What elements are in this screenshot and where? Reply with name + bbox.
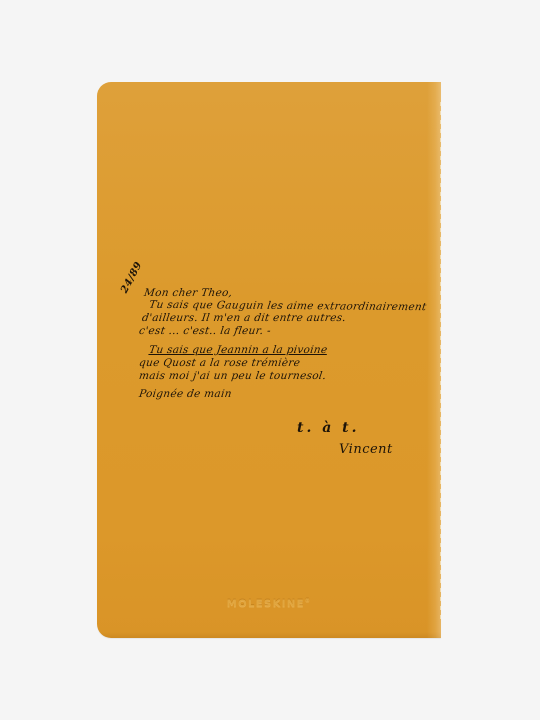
product-stage: 24/89 Mon cher Theo, Tu sais que Gauguin…: [0, 0, 540, 720]
letter-line-7: mais moi j'ai un peu le tournesol.: [138, 370, 327, 383]
letter-line-3: d'ailleurs. Il m'en a dit entre autres.: [141, 312, 347, 325]
letter-line-4: c'est ... c'est.. la fleur. -: [138, 325, 272, 338]
letter-line-5: Tu sais que Jeannin a la pivoine: [148, 344, 328, 357]
spine-stitching: [440, 102, 441, 622]
notebook-back-cover: 24/89 Mon cher Theo, Tu sais que Gauguin…: [97, 82, 441, 638]
cover-bottom-edge: [97, 632, 441, 638]
letter-line-6: que Quost a la rose trémière: [138, 357, 301, 370]
registered-mark: ®: [305, 598, 311, 604]
brand-logo: MOLESKINE®: [97, 598, 441, 609]
handwritten-letter: 24/89 Mon cher Theo, Tu sais que Gauguin…: [117, 282, 427, 472]
signature: Vincent: [339, 442, 393, 457]
closing-initials: t. à t.: [297, 420, 360, 436]
brand-name: MOLESKINE: [227, 598, 305, 609]
letter-date: 24/89: [119, 260, 145, 295]
letter-line-closing: Poignée de main: [138, 388, 233, 401]
